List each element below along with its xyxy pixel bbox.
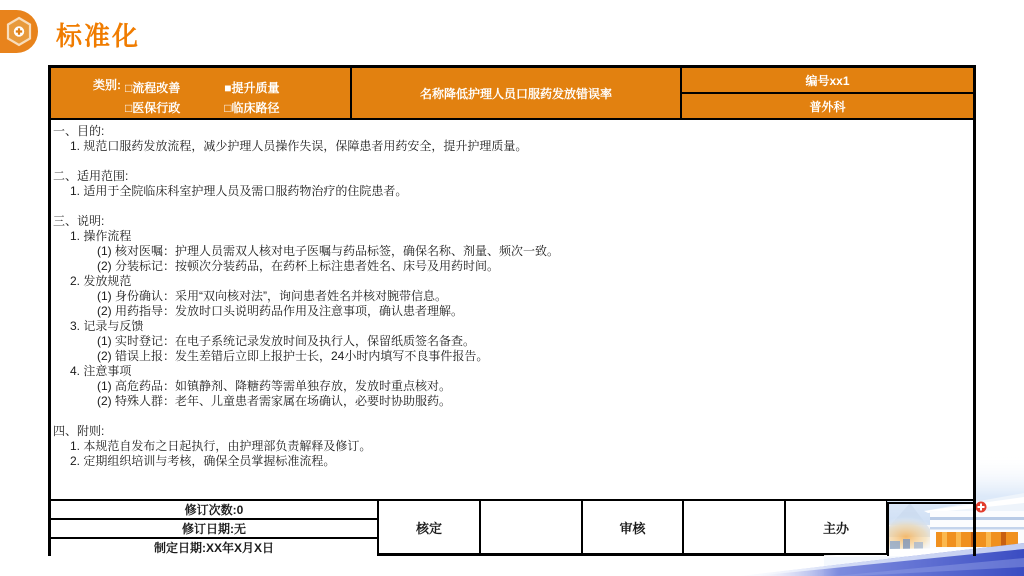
department-cell: 普外科 <box>682 94 973 118</box>
body-line: (1) 高危药品：如镇静剂、降糖药等需单独存放，发放时重点核对。 <box>51 379 973 394</box>
page-title: 标准化 <box>56 16 140 53</box>
body-line: (2) 错误上报：发生差错后立即上报护士长，24小时内填写不良事件报告。 <box>51 349 973 364</box>
approve-signature-cell <box>481 501 583 553</box>
body-line: (1) 身份确认：采用“双向核对法”，询问患者姓名并核对腕带信息。 <box>51 289 973 304</box>
table-right-border <box>973 460 976 556</box>
category-option: □临床路径 <box>224 99 279 116</box>
revision-row: 制定日期:XX年X月X日 <box>51 539 377 556</box>
body-line: (2) 特殊人群：老年、儿童患者需家属在场确认，必要时协助服药。 <box>51 394 973 409</box>
body-line <box>51 409 973 424</box>
illustration-cell-top-border <box>887 502 976 504</box>
illustration-cell <box>888 501 973 553</box>
body-line <box>51 154 973 169</box>
body-line: 1. 规范口服药发放流程，减少护理人员操作失误，保障患者用药安全，提升护理质量。 <box>51 139 973 154</box>
body-line: 二、适用范围: <box>51 169 973 184</box>
footer-row: 修订次数:0修订日期:无制定日期:XX年X月X日 核定 审核 主办 <box>51 499 973 553</box>
body-line: 一、目的: <box>51 124 973 139</box>
body-line: (2) 用药指导：发放时口头说明药品作用及注意事项，确认患者理解。 <box>51 304 973 319</box>
body-line: (1) 实时登记：在电子系统记录发放时间及执行人，保留纸质签名备查。 <box>51 334 973 349</box>
document-code-cell: 编号xx1 <box>682 68 973 94</box>
body-line: 1. 操作流程 <box>51 229 973 244</box>
host-cell: 主办 <box>786 501 888 553</box>
body-line: 3. 记录与反馈 <box>51 319 973 334</box>
body-line: (1) 核对医嘱：护理人员需双人核对电子医嘱与药品标签，确保名称、剂量、频次一致… <box>51 244 973 259</box>
slide: { "page": { "title": "标准化" }, "icons": {… <box>0 0 1024 576</box>
review-cell: 审核 <box>583 501 684 553</box>
category-options: □流程改善■提升质量□医保行政□临床路径 <box>125 71 280 116</box>
category-label: 类别: <box>93 68 121 93</box>
revision-column: 修订次数:0修订日期:无制定日期:XX年X月X日 <box>51 501 379 553</box>
body-line <box>51 199 973 214</box>
body-line: 四、附则: <box>51 424 973 439</box>
revision-row: 修订次数:0 <box>51 501 377 520</box>
header-row: 类别: □流程改善■提升质量□医保行政□临床路径 名称降低护理人员口服药发放错误… <box>51 68 973 118</box>
document-name-cell: 名称降低护理人员口服药发放错误率 <box>352 68 682 118</box>
body-line: 三、说明: <box>51 214 973 229</box>
document-body: 一、目的:1. 规范口服药发放流程，减少护理人员操作失误，保障患者用药安全，提升… <box>51 118 973 499</box>
body-line: 1. 本规范自发布之日起执行，由护理部负责解释及修订。 <box>51 439 973 454</box>
category-option: □医保行政 <box>125 99 180 116</box>
approve-cell: 核定 <box>379 501 481 553</box>
category-cell: 类别: □流程改善■提升质量□医保行政□临床路径 <box>51 68 352 118</box>
body-line: 2. 定期组织培训与考核，确保全员掌握标准流程。 <box>51 454 973 469</box>
review-signature-cell <box>684 501 786 553</box>
body-line: 1. 适用于全院临床科室护理人员及需口服药物治疗的住院患者。 <box>51 184 973 199</box>
document-table: 类别: □流程改善■提升质量□医保行政□临床路径 名称降低护理人员口服药发放错误… <box>48 65 976 556</box>
body-line: 2. 发放规范 <box>51 274 973 289</box>
revision-row: 修订日期:无 <box>51 520 377 539</box>
hexagon-plus-icon <box>0 10 38 53</box>
header-right-column: 编号xx1 普外科 <box>682 68 973 118</box>
illustration-cell-left-border <box>887 502 889 556</box>
category-option: □流程改善 <box>125 79 180 96</box>
body-line: 4. 注意事项 <box>51 364 973 379</box>
body-line: (2) 分装标记：按顿次分装药品，在药杯上标注患者姓名、床号及用药时间。 <box>51 259 973 274</box>
category-option: ■提升质量 <box>224 79 279 96</box>
